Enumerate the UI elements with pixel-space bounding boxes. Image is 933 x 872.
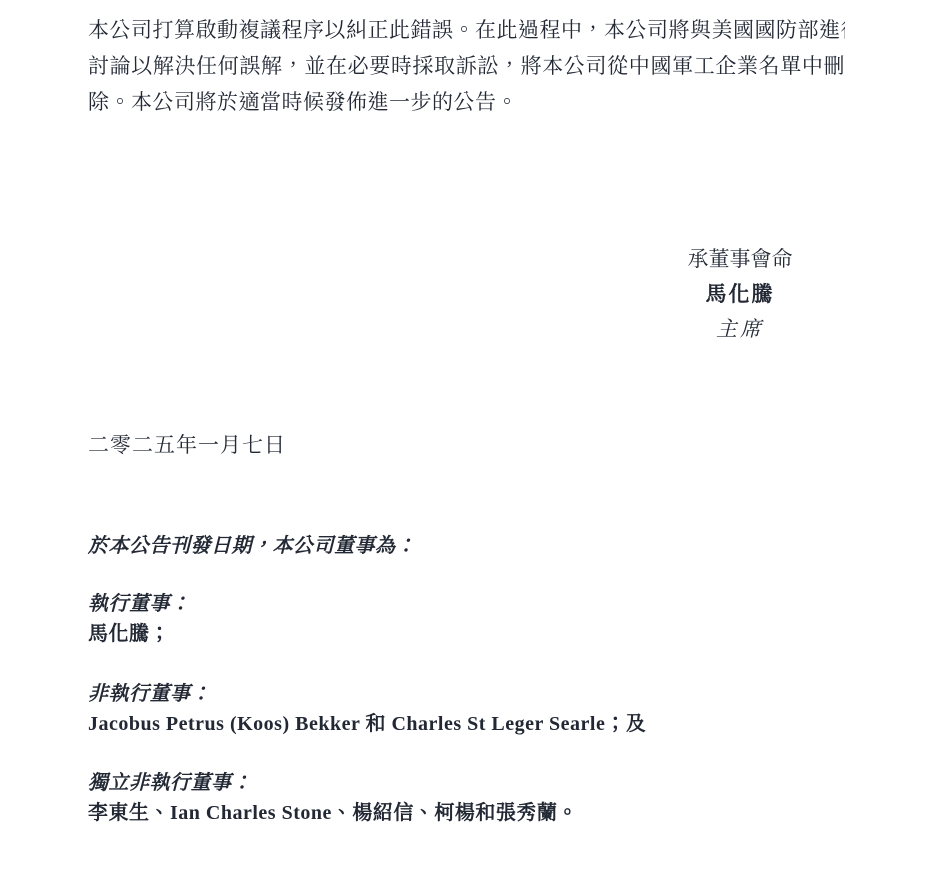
independent-non-executive-directors-section: 獨立非執行董事： 李東生、Ian Charles Stone、楊紹信、柯楊和張秀… bbox=[88, 768, 578, 828]
paragraph-line-1: 本公司打算啟動複議程序以糾正此錯誤。在此過程中，本公司將與美國國防部進行 bbox=[88, 12, 845, 48]
non-executive-directors-section: 非執行董事： Jacobus Petrus (Koos) Bekker 和 Ch… bbox=[88, 679, 646, 739]
non-executive-directors-names: Jacobus Petrus (Koos) Bekker 和 Charles S… bbox=[88, 709, 646, 739]
chairman-title: 主席 bbox=[617, 312, 863, 347]
paragraph-line-2: 討論以解決任何誤解，並在必要時採取訴訟，將本公司從中國軍工企業名單中刪 bbox=[88, 48, 845, 84]
independent-non-executive-directors-heading: 獨立非執行董事： bbox=[88, 768, 578, 798]
executive-directors-section: 執行董事： 馬化騰； bbox=[88, 589, 191, 649]
announcement-date: 二零二五年一月七日 bbox=[88, 430, 286, 460]
paragraph-line-3: 除。本公司將於適當時候發佈進一步的公告。 bbox=[88, 84, 845, 120]
executive-directors-names: 馬化騰； bbox=[88, 619, 191, 649]
by-order-of-board: 承董事會命 bbox=[617, 242, 863, 277]
signature-block: 承董事會命 馬化騰 主席 bbox=[617, 242, 863, 347]
independent-non-executive-directors-names: 李東生、Ian Charles Stone、楊紹信、柯楊和張秀蘭。 bbox=[88, 798, 578, 828]
announcement-page: 本公司打算啟動複議程序以糾正此錯誤。在此過程中，本公司將與美國國防部進行 討論以… bbox=[0, 0, 933, 872]
chairman-name: 馬化騰 bbox=[617, 277, 863, 312]
executive-directors-heading: 執行董事： bbox=[88, 589, 191, 619]
non-executive-directors-heading: 非執行董事： bbox=[88, 679, 646, 709]
main-paragraph: 本公司打算啟動複議程序以糾正此錯誤。在此過程中，本公司將與美國國防部進行 討論以… bbox=[88, 12, 845, 120]
directors-intro: 於本公告刊發日期，本公司董事為： bbox=[88, 531, 416, 561]
